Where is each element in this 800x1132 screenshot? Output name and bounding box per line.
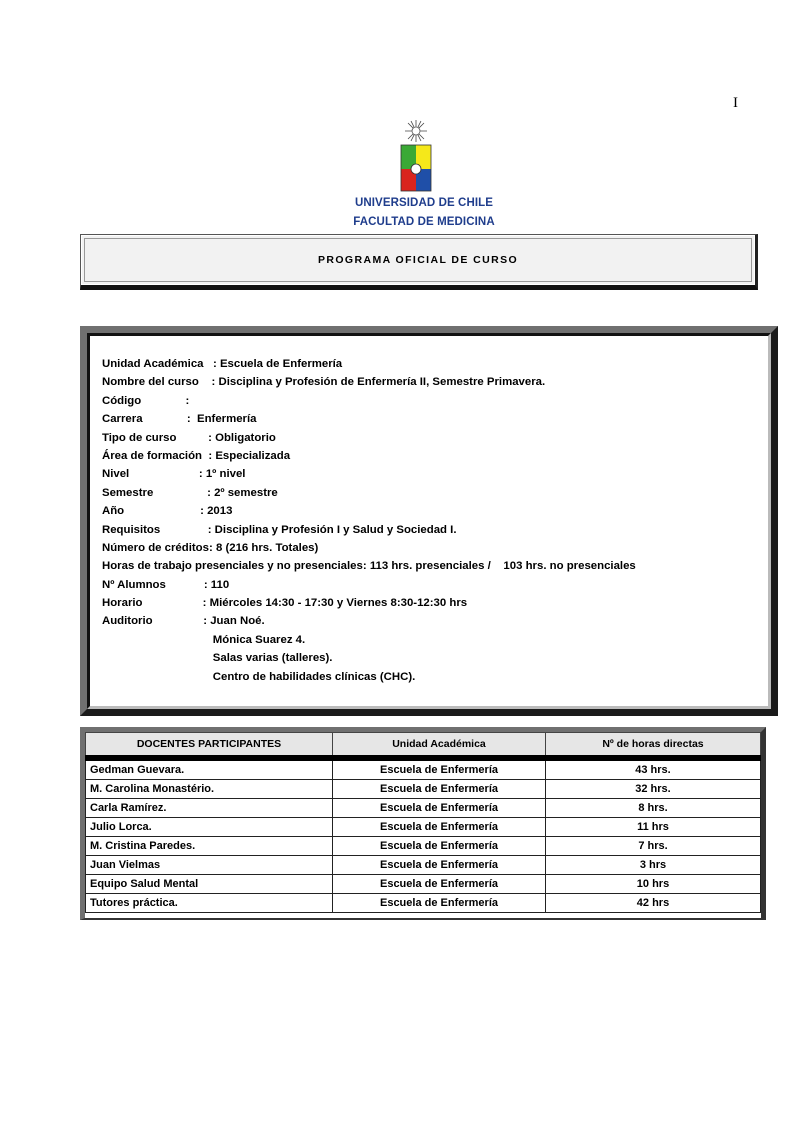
- unidad-cell: Escuela de Enfermería: [333, 875, 546, 894]
- table-row: Carla Ramírez.Escuela de Enfermería8 hrs…: [86, 799, 761, 818]
- info-label: Carrera: [102, 410, 143, 428]
- info-value: Mónica Suarez 4.: [213, 631, 305, 649]
- info-value: 113 hrs. presenciales / 103 hrs. no pres…: [370, 557, 636, 575]
- docente-cell: Julio Lorca.: [86, 818, 333, 837]
- info-separator: :: [204, 358, 220, 370]
- info-label: Horario: [102, 594, 143, 612]
- table-row: Tutores práctica.Escuela de Enfermería42…: [86, 894, 761, 913]
- university-crest-icon: [395, 118, 437, 196]
- info-label: Tipo de curso: [102, 429, 176, 447]
- info-value: Centro de habilidades clínicas (CHC).: [213, 668, 416, 686]
- course-info-row: Semestre : 2º semestre: [102, 484, 636, 502]
- info-label: Código: [102, 392, 141, 410]
- faculty-table: DOCENTES PARTICIPANTES Unidad Académica …: [85, 732, 761, 913]
- info-value: Obligatorio: [215, 429, 276, 447]
- info-value: Especializada: [215, 447, 290, 465]
- course-info-row: Horario : Miércoles 14:30 - 17:30 y Vier…: [102, 594, 636, 612]
- horas-cell: 10 hrs: [546, 875, 761, 894]
- table-header-row: DOCENTES PARTICIPANTES Unidad Académica …: [86, 733, 761, 759]
- info-separator: :: [143, 597, 210, 609]
- docente-cell: M. Carolina Monastério.: [86, 780, 333, 799]
- course-info-row: Carrera : Enfermería: [102, 410, 636, 428]
- course-info-row: Mónica Suarez 4.: [102, 631, 636, 649]
- info-separator: :: [160, 524, 214, 536]
- info-label: Semestre: [102, 484, 153, 502]
- info-separator: :: [129, 468, 206, 480]
- info-label: Área de formación: [102, 447, 202, 465]
- faculty-name: FACULTAD DE MEDICINA: [24, 216, 800, 228]
- table-row: M. Carolina Monastério.Escuela de Enferm…: [86, 780, 761, 799]
- info-separator: :: [199, 376, 219, 388]
- info-separator: :: [363, 560, 370, 572]
- info-value: Miércoles 14:30 - 17:30 y Viernes 8:30-1…: [210, 594, 468, 612]
- info-value: Disciplina y Profesión de Enfermería II,…: [218, 373, 545, 391]
- info-label: Nombre del curso: [102, 373, 199, 391]
- horas-cell: 7 hrs.: [546, 837, 761, 856]
- course-info-list: Unidad Académica : Escuela de Enfermería…: [102, 355, 636, 686]
- horas-cell: 8 hrs.: [546, 799, 761, 818]
- unidad-cell: Escuela de Enfermería: [333, 818, 546, 837]
- university-name: UNIVERSIDAD DE CHILE: [24, 197, 800, 209]
- info-label: Nivel: [102, 465, 129, 483]
- table-row: Julio Lorca.Escuela de Enfermería11 hrs: [86, 818, 761, 837]
- docente-cell: M. Cristina Paredes.: [86, 837, 333, 856]
- info-value: Disciplina y Profesión I y Salud y Socie…: [215, 521, 457, 539]
- info-separator: [102, 634, 213, 646]
- info-value: 2013: [207, 502, 232, 520]
- docente-cell: Tutores práctica.: [86, 894, 333, 913]
- docente-cell: Gedman Guevara.: [86, 758, 333, 780]
- course-info-row: Código :: [102, 392, 636, 410]
- course-info-row: Nivel : 1º nivel: [102, 465, 636, 483]
- info-separator: :: [209, 542, 216, 554]
- course-info-row: Nombre del curso : Disciplina y Profesió…: [102, 373, 636, 391]
- table-row: Gedman Guevara.Escuela de Enfermería43 h…: [86, 758, 761, 780]
- info-value: 1º nivel: [206, 465, 246, 483]
- table-row: M. Cristina Paredes.Escuela de Enfermerí…: [86, 837, 761, 856]
- header-docentes: DOCENTES PARTICIPANTES: [86, 733, 333, 759]
- horas-cell: 32 hrs.: [546, 780, 761, 799]
- unidad-cell: Escuela de Enfermería: [333, 780, 546, 799]
- info-separator: :: [153, 487, 214, 499]
- info-separator: [102, 671, 213, 683]
- docente-cell: Carla Ramírez.: [86, 799, 333, 818]
- table-row: Juan VielmasEscuela de Enfermería3 hrs: [86, 856, 761, 875]
- course-info-row: Horas de trabajo presenciales y no prese…: [102, 557, 636, 575]
- info-label: Unidad Académica: [102, 355, 204, 373]
- header-unidad: Unidad Académica: [333, 733, 546, 759]
- course-info-row: Área de formación : Especializada: [102, 447, 636, 465]
- info-value: 2º semestre: [214, 484, 278, 502]
- unidad-cell: Escuela de Enfermería: [333, 837, 546, 856]
- horas-cell: 43 hrs.: [546, 758, 761, 780]
- horas-cell: 42 hrs: [546, 894, 761, 913]
- document-title: PROGRAMA OFICIAL DE CURSO: [81, 254, 755, 266]
- info-separator: :: [153, 615, 211, 627]
- unidad-cell: Escuela de Enfermería: [333, 758, 546, 780]
- course-info-row: Requisitos : Disciplina y Profesión I y …: [102, 521, 636, 539]
- course-info-row: Número de créditos: 8 (216 hrs. Totales): [102, 539, 636, 557]
- course-info-row: Tipo de curso : Obligatorio: [102, 429, 636, 447]
- info-value: 110: [211, 576, 229, 594]
- page-number: I: [733, 95, 738, 112]
- course-info-panel: Unidad Académica : Escuela de Enfermería…: [80, 326, 778, 716]
- course-info-row: Unidad Académica : Escuela de Enfermería: [102, 355, 636, 373]
- docente-cell: Juan Vielmas: [86, 856, 333, 875]
- faculty-table-container: DOCENTES PARTICIPANTES Unidad Académica …: [80, 727, 766, 920]
- course-info-row: Centro de habilidades clínicas (CHC).: [102, 668, 636, 686]
- header-horas: Nº de horas directas: [546, 733, 761, 759]
- unidad-cell: Escuela de Enfermería: [333, 799, 546, 818]
- unidad-cell: Escuela de Enfermería: [333, 894, 546, 913]
- info-label: Auditorio: [102, 612, 153, 630]
- info-value: 8 (216 hrs. Totales): [216, 539, 318, 557]
- docente-cell: Equipo Salud Mental: [86, 875, 333, 894]
- table-row: Equipo Salud MentalEscuela de Enfermería…: [86, 875, 761, 894]
- info-label: Año: [102, 502, 124, 520]
- document-title-box: PROGRAMA OFICIAL DE CURSO: [80, 234, 758, 290]
- info-label: Número de créditos: [102, 539, 209, 557]
- course-info-row: Año : 2013: [102, 502, 636, 520]
- course-info-row: Auditorio : Juan Noé.: [102, 612, 636, 630]
- info-value: Salas varias (talleres).: [213, 649, 333, 667]
- info-separator: [102, 652, 213, 664]
- info-separator: :: [166, 579, 211, 591]
- info-value: Juan Noé.: [210, 612, 264, 630]
- course-info-row: Nº Alumnos : 110: [102, 576, 636, 594]
- info-separator: :: [176, 432, 215, 444]
- info-label: Nº Alumnos: [102, 576, 166, 594]
- horas-cell: 3 hrs: [546, 856, 761, 875]
- info-separator: :: [143, 413, 197, 425]
- info-value: Escuela de Enfermería: [220, 355, 342, 373]
- unidad-cell: Escuela de Enfermería: [333, 856, 546, 875]
- info-label: Requisitos: [102, 521, 160, 539]
- info-label: Horas de trabajo presenciales y no prese…: [102, 557, 363, 575]
- course-info-row: Salas varias (talleres).: [102, 649, 636, 667]
- info-separator: :: [124, 505, 207, 517]
- info-separator: :: [141, 395, 189, 407]
- info-value: Enfermería: [197, 410, 257, 428]
- horas-cell: 11 hrs: [546, 818, 761, 837]
- info-separator: :: [202, 450, 215, 462]
